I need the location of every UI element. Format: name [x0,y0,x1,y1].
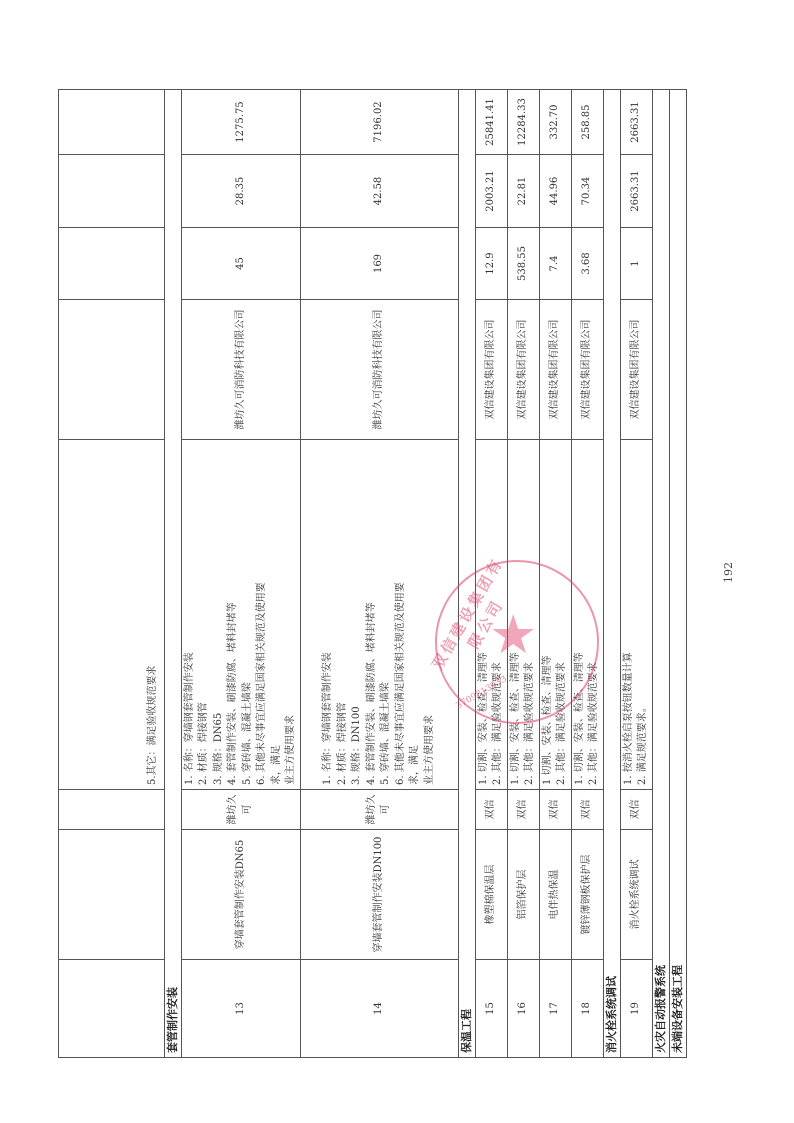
item-quantity: 169 [300,228,458,300]
page-number: 192 [722,562,735,583]
item-spec: 1. 名称：穿墙钢套管制作安装2. 材质：焊接钢管3. 规格：DN1004. 套… [300,440,458,790]
spec-line: 5. 穿砖墙、混凝土墙梁 [241,444,256,785]
table-row-previous: 5.其它：满足验收规范要求 [59,90,165,1058]
item-number: 18 [571,960,603,1058]
spec-line: 6. 其他未尽事宜应满足国家相关规范及使用要 [255,444,270,785]
item-quantity: 45 [181,228,300,300]
group-title: 消火栓系统调试 [603,90,620,1058]
bill-of-quantities-table: 5.其它：满足验收规范要求 套管制作安装 13穿墙套管制作安装DN65潍坊久可1… [58,89,687,1058]
spec-line: 业主方使用要求 [423,444,438,785]
group-row-insulation: 保温工程 [458,90,475,1058]
group-row-sleeve: 套管制作安装 [165,90,182,1058]
item-total: 258.85 [571,90,603,155]
item-brand: 双信 [620,790,652,830]
item-unit-price: 28.35 [181,155,300,228]
table-row: 16铝箔保护层双信1. 切割、安装、检查、清理等2. 其他：满足验收规范要求双信… [507,90,539,1058]
item-spec: 1. 切割、安装、检查、清理等2. 其他：满足验收规范要求 [507,440,539,790]
spec-line: 3. 规格：DN100 [350,444,365,785]
item-company: 潍坊久可消防科技有限公司 [300,300,458,440]
spec-line: 2. 其他：满足验收规范要求 [491,444,506,785]
spec-line: 5. 穿砖墙、混凝土墙梁 [379,444,394,785]
spec-line: 业主方使用要求 [284,444,299,785]
item-brand: 潍坊久可 [300,790,458,830]
item-number: 13 [181,960,300,1058]
spec-line: 1 切割、安装、检查、清理等 [541,444,556,785]
item-unit-price: 70.34 [571,155,603,228]
item-number: 14 [300,960,458,1058]
item-quantity: 12.9 [475,228,507,300]
item-quantity: 538.55 [507,228,539,300]
item-company: 双信建设集团有限公司 [620,300,652,440]
item-company: 潍坊久可消防科技有限公司 [181,300,300,440]
spec-line: 2. 材质：焊接钢管 [336,444,351,785]
spec-line: 2. 其他：满足验收规范要求 [555,444,570,785]
item-spec: 1. 切割、安装、检查、清理等2. 其他：满足验收规范要求 [475,440,507,790]
table-row: 18镀锌薄钢板保护层双信1. 切割、安装、检查、清理等2. 其他：满足验收规范要… [571,90,603,1058]
item-total: 2663.31 [620,90,652,155]
spec-line: 4. 套管制作安装、刷漆防腐、堵料封堵等 [365,444,380,785]
item-number: 19 [620,960,652,1058]
item-number: 15 [475,960,507,1058]
item-unit-price: 2003.21 [475,155,507,228]
item-name: 消火栓系统调试 [620,830,652,960]
group-row-fire-alarm: 火灾自动报警系统 [652,90,669,1058]
item-name: 电伴热保温 [539,830,571,960]
item-name: 铝箔保护层 [507,830,539,960]
item-brand: 双信 [539,790,571,830]
rotated-page: 5.其它：满足验收规范要求 套管制作安装 13穿墙套管制作安装DN65潍坊久可1… [0,0,794,1123]
table-row: 13穿墙套管制作安装DN65潍坊久可1. 名称：穿墙钢套管制作安装2. 材质：焊… [181,90,300,1058]
spec-line: 2. 材质：焊接钢管 [197,444,212,785]
item-company: 双信建设集团有限公司 [507,300,539,440]
item-brand: 双信 [475,790,507,830]
spec-line: 2. 其他：满足验收规范要求 [587,444,602,785]
item-name: 穿墙套管制作安装DN100 [300,830,458,960]
table-row: 15橡塑棉保温层双信1. 切割、安装、检查、清理等2. 其他：满足验收规范要求双… [475,90,507,1058]
item-company: 双信建设集团有限公司 [475,300,507,440]
spec-line: 4. 套管制作安装、刷漆防腐、堵料封堵等 [226,444,241,785]
spec-line: 1. 切割、安装、检查、清理等 [509,444,524,785]
table-row: 14穿墙套管制作安装DN100潍坊久可1. 名称：穿墙钢套管制作安装2. 材质：… [300,90,458,1058]
item-quantity: 1 [620,228,652,300]
spec-line: 6. 其他未尽事宜应满足国家相关规范及使用要 [394,444,409,785]
item-company: 双信建设集团有限公司 [539,300,571,440]
item-total: 12284.33 [507,90,539,155]
spec-line: 求，满足 [408,444,423,785]
spec-line: 1. 切割、安装、检查、清理等 [573,444,588,785]
item-company: 双信建设集团有限公司 [571,300,603,440]
item-unit-price: 2663.31 [620,155,652,228]
item-total: 25841.41 [475,90,507,155]
item-unit-price: 44.96 [539,155,571,228]
group-title: 火灾自动报警系统 [652,90,669,1058]
item-name: 橡塑棉保温层 [475,830,507,960]
group-title: 未端设备安装工程 [669,90,686,1058]
item-unit-price: 42.58 [300,155,458,228]
group-title: 保温工程 [458,90,475,1058]
spec-line: 求，满足 [270,444,285,785]
item-quantity: 7.4 [539,228,571,300]
spec-line: 1. 名称：穿墙钢套管制作安装 [183,444,198,785]
spec-line: 3. 规格：DN65 [212,444,227,785]
item-brand: 双信 [507,790,539,830]
group-title: 套管制作安装 [165,90,182,1058]
group-row-hydrant: 消火栓系统调试 [603,90,620,1058]
spec-line: 1. 名称：穿墙钢套管制作安装 [321,444,336,785]
item-total: 7196.02 [300,90,458,155]
previous-spec-tail: 5.其它：满足验收规范要求 [59,440,165,790]
item-total: 332.70 [539,90,571,155]
spec-line: 1. 切割、安装、检查、清理等 [477,444,492,785]
item-number: 16 [507,960,539,1058]
item-quantity: 3.68 [571,228,603,300]
table-row: 19消火栓系统调试双信1. 按消火栓启泵按钮数量计算2. 满足规范要求。双信建设… [620,90,652,1058]
item-unit-price: 22.81 [507,155,539,228]
item-brand: 潍坊久可 [181,790,300,830]
item-spec: 1 切割、安装、检查、清理等2. 其他：满足验收规范要求 [539,440,571,790]
item-brand: 双信 [571,790,603,830]
group-row-terminal: 未端设备安装工程 [669,90,686,1058]
spec-line: 1. 按消火栓启泵按钮数量计算 [622,444,637,785]
spec-line: 2. 满足规范要求。 [636,444,651,785]
item-number: 17 [539,960,571,1058]
item-name: 镀锌薄钢板保护层 [571,830,603,960]
table-row: 17电伴热保温双信1 切割、安装、检查、清理等2. 其他：满足验收规范要求双信建… [539,90,571,1058]
item-spec: 1. 名称：穿墙钢套管制作安装2. 材质：焊接钢管3. 规格：DN654. 套管… [181,440,300,790]
item-name: 穿墙套管制作安装DN65 [181,830,300,960]
item-spec: 1. 切割、安装、检查、清理等2. 其他：满足验收规范要求 [571,440,603,790]
item-total: 1275.75 [181,90,300,155]
spec-line: 2. 其他：满足验收规范要求 [523,444,538,785]
item-spec: 1. 按消火栓启泵按钮数量计算2. 满足规范要求。 [620,440,652,790]
